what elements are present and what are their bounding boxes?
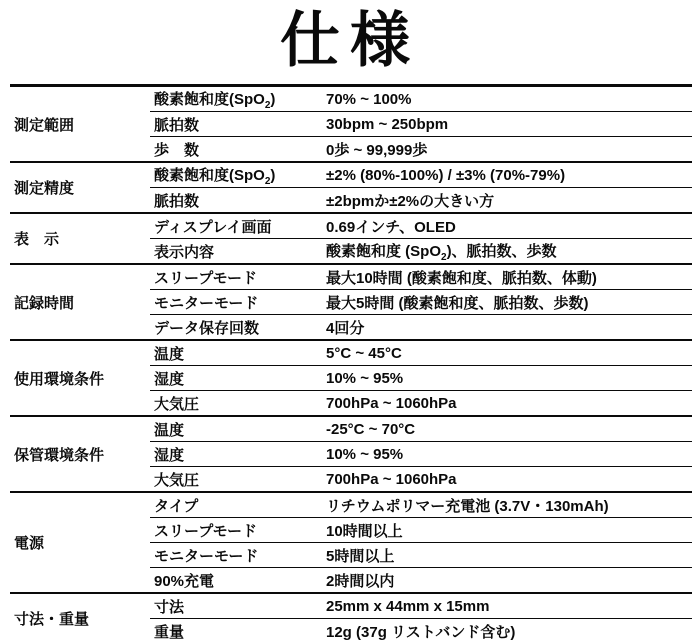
spec-item-cell: ディスプレイ画面 <box>150 213 322 239</box>
spec-page: 仕様 測定範囲酸素飽和度(SpO2)70% ~ 100%脈拍数30bpm ~ 2… <box>0 0 700 641</box>
spec-value-cell: 10% ~ 95% <box>322 442 692 467</box>
spec-item-cell: データ保存回数 <box>150 315 322 341</box>
spec-item-cell: 大気圧 <box>150 391 322 417</box>
spec-value-cell: 12g (37g リストバンド含む) <box>322 619 692 641</box>
spec-value-cell: ±2bpmか±2%の大きい方 <box>322 188 692 214</box>
spec-value-cell: 10時間以上 <box>322 518 692 543</box>
spec-item-cell: 90%充電 <box>150 568 322 594</box>
subscript-2: 2 <box>441 252 447 263</box>
table-row: 表 示ディスプレイ画面0.69インチ、OLED <box>10 213 692 239</box>
spec-table: 測定範囲酸素飽和度(SpO2)70% ~ 100%脈拍数30bpm ~ 250b… <box>10 84 692 641</box>
spec-value-cell: 700hPa ~ 1060hPa <box>322 391 692 417</box>
spec-value-cell: 70% ~ 100% <box>322 86 692 112</box>
spec-value-cell: 最大5時間 (酸素飽和度、脈拍数、歩数) <box>322 290 692 315</box>
category-cell: 寸法・重量 <box>10 593 150 641</box>
spec-value-cell: 4回分 <box>322 315 692 341</box>
spec-item-cell: 重量 <box>150 619 322 641</box>
spec-value-cell: ±2% (80%-100%) / ±3% (70%-79%) <box>322 162 692 188</box>
spec-item-cell: 歩 数 <box>150 137 322 163</box>
spec-table-body: 測定範囲酸素飽和度(SpO2)70% ~ 100%脈拍数30bpm ~ 250b… <box>10 86 692 641</box>
category-cell: 表 示 <box>10 213 150 264</box>
table-row: 電源タイプリチウムポリマー充電池 (3.7V・130mAh) <box>10 492 692 518</box>
spec-item-cell: 酸素飽和度(SpO2) <box>150 86 322 112</box>
spec-value-cell: 25mm x 44mm x 15mm <box>322 593 692 619</box>
category-cell: 電源 <box>10 492 150 593</box>
category-cell: 測定精度 <box>10 162 150 213</box>
spec-value-cell: 10% ~ 95% <box>322 366 692 391</box>
spec-item-cell: 酸素飽和度(SpO2) <box>150 162 322 188</box>
category-cell: 保管環境条件 <box>10 416 150 492</box>
table-row: 記録時間スリープモード最大10時間 (酸素飽和度、脈拍数、体動) <box>10 264 692 290</box>
table-row: 測定範囲酸素飽和度(SpO2)70% ~ 100% <box>10 86 692 112</box>
spec-item-cell: 脈拍数 <box>150 188 322 214</box>
spec-item-cell: モニターモード <box>150 290 322 315</box>
spec-value-cell: 酸素飽和度 (SpO2)、脈拍数、歩数 <box>322 239 692 265</box>
spec-value-cell: 最大10時間 (酸素飽和度、脈拍数、体動) <box>322 264 692 290</box>
spec-item-cell: 寸法 <box>150 593 322 619</box>
table-row: 保管環境条件温度-25°C ~ 70°C <box>10 416 692 442</box>
spec-item-cell: 大気圧 <box>150 467 322 493</box>
spec-item-cell: スリープモード <box>150 518 322 543</box>
spec-value-cell: 0.69インチ、OLED <box>322 213 692 239</box>
page-title: 仕様 <box>0 0 700 80</box>
subscript-2: 2 <box>265 176 271 187</box>
spec-item-cell: 湿度 <box>150 366 322 391</box>
spec-value-cell: -25°C ~ 70°C <box>322 416 692 442</box>
spec-item-cell: 温度 <box>150 340 322 366</box>
category-cell: 測定範囲 <box>10 86 150 163</box>
spec-value-cell: 0歩 ~ 99,999歩 <box>322 137 692 163</box>
spec-value-cell: 30bpm ~ 250bpm <box>322 112 692 137</box>
table-row: 測定精度酸素飽和度(SpO2)±2% (80%-100%) / ±3% (70%… <box>10 162 692 188</box>
spec-item-cell: モニターモード <box>150 543 322 568</box>
spec-item-cell: 温度 <box>150 416 322 442</box>
spec-value-cell: リチウムポリマー充電池 (3.7V・130mAh) <box>322 492 692 518</box>
spec-item-cell: 表示内容 <box>150 239 322 265</box>
table-row: 使用環境条件温度5°C ~ 45°C <box>10 340 692 366</box>
spec-value-cell: 700hPa ~ 1060hPa <box>322 467 692 493</box>
spec-value-cell: 2時間以内 <box>322 568 692 594</box>
category-cell: 使用環境条件 <box>10 340 150 416</box>
spec-value-cell: 5時間以上 <box>322 543 692 568</box>
spec-value-cell: 5°C ~ 45°C <box>322 340 692 366</box>
table-row: 寸法・重量寸法25mm x 44mm x 15mm <box>10 593 692 619</box>
spec-item-cell: 湿度 <box>150 442 322 467</box>
category-cell: 記録時間 <box>10 264 150 340</box>
spec-item-cell: スリープモード <box>150 264 322 290</box>
spec-item-cell: タイプ <box>150 492 322 518</box>
spec-item-cell: 脈拍数 <box>150 112 322 137</box>
subscript-2: 2 <box>265 100 271 111</box>
